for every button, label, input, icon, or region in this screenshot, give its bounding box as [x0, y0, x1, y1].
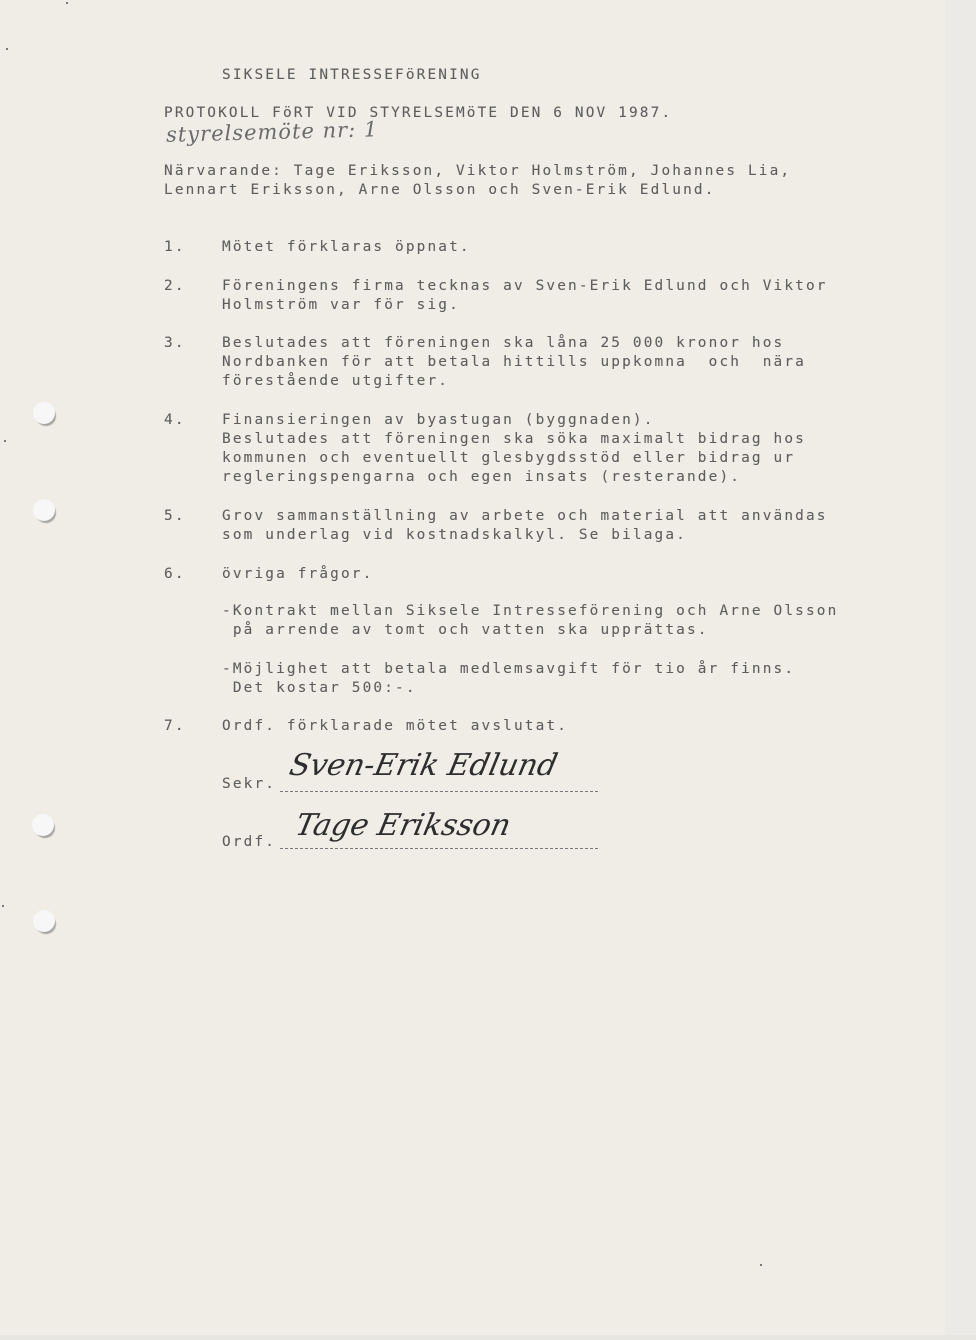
item-6-subitem-line: -Möjlighet att betala medlemsavgift för …: [222, 660, 795, 679]
item-number: 2.: [164, 277, 186, 296]
dust-speck: [4, 440, 6, 442]
item-number: 3.: [164, 334, 186, 353]
organization-name: SIKSELE INTRESSEFöRENING: [222, 66, 482, 85]
item-5-line: som underlag vid kostnadskalkyl. Se bila…: [222, 526, 687, 545]
item-number: 1.: [164, 238, 186, 257]
item-6-line: övriga frågor.: [222, 565, 373, 584]
scan-background-bottom: [0, 1335, 976, 1340]
item-6-subitem-line: på arrende av tomt och vatten ska upprät…: [222, 621, 709, 640]
item-1-line: Mötet förklaras öppnat.: [222, 238, 471, 257]
punch-hole: [33, 402, 55, 424]
item-4-line: Beslutades att föreningen ska söka maxim…: [222, 430, 806, 449]
attendees-line-1: Närvarande: Tage Eriksson, Viktor Holmst…: [164, 162, 791, 181]
secretary-signature: Sven-Erik Edlund: [286, 748, 560, 783]
punch-hole: [32, 814, 54, 836]
item-6-subitem-line: Det kostar 500:-.: [222, 679, 417, 698]
secretary-signature-line: [280, 791, 598, 792]
chair-signature-line: [280, 848, 598, 849]
item-3-line: förestående utgifter.: [222, 372, 449, 391]
item-7-line: Ordf. förklarade mötet avslutat.: [222, 717, 568, 736]
chair-signature: Tage Eriksson: [292, 808, 514, 843]
dust-speck: [2, 905, 4, 907]
scan-background-right: [945, 0, 976, 1340]
item-3-line: Nordbanken för att betala hittills uppko…: [222, 353, 806, 372]
item-4-line: regleringspengarna och egen insats (rest…: [222, 468, 741, 487]
item-6-subitem-line: -Kontrakt mellan Siksele Intresseförenin…: [222, 602, 838, 621]
secretary-label: Sekr.: [222, 775, 276, 794]
dust-speck: [760, 1264, 762, 1266]
item-5-line: Grov sammanställning av arbete och mater…: [222, 507, 828, 526]
item-3-line: Beslutades att föreningen ska låna 25 00…: [222, 334, 784, 353]
item-4-line: Finansieringen av byastugan (byggnaden).: [222, 411, 655, 430]
item-number: 7.: [164, 717, 186, 736]
item-number: 4.: [164, 411, 186, 430]
dust-speck: [66, 2, 68, 4]
item-2-line: Holmström var för sig.: [222, 296, 460, 315]
punch-hole: [33, 499, 55, 521]
attendees-line-2: Lennart Eriksson, Arne Olsson och Sven-E…: [164, 181, 716, 200]
item-number: 6.: [164, 565, 186, 584]
chair-label: Ordf.: [222, 833, 276, 852]
punch-hole: [33, 910, 55, 932]
item-number: 5.: [164, 507, 186, 526]
item-2-line: Föreningens firma tecknas av Sven-Erik E…: [222, 277, 828, 296]
dust-speck: [6, 48, 8, 50]
item-4-line: kommunen och eventuellt glesbygdsstöd el…: [222, 449, 795, 468]
